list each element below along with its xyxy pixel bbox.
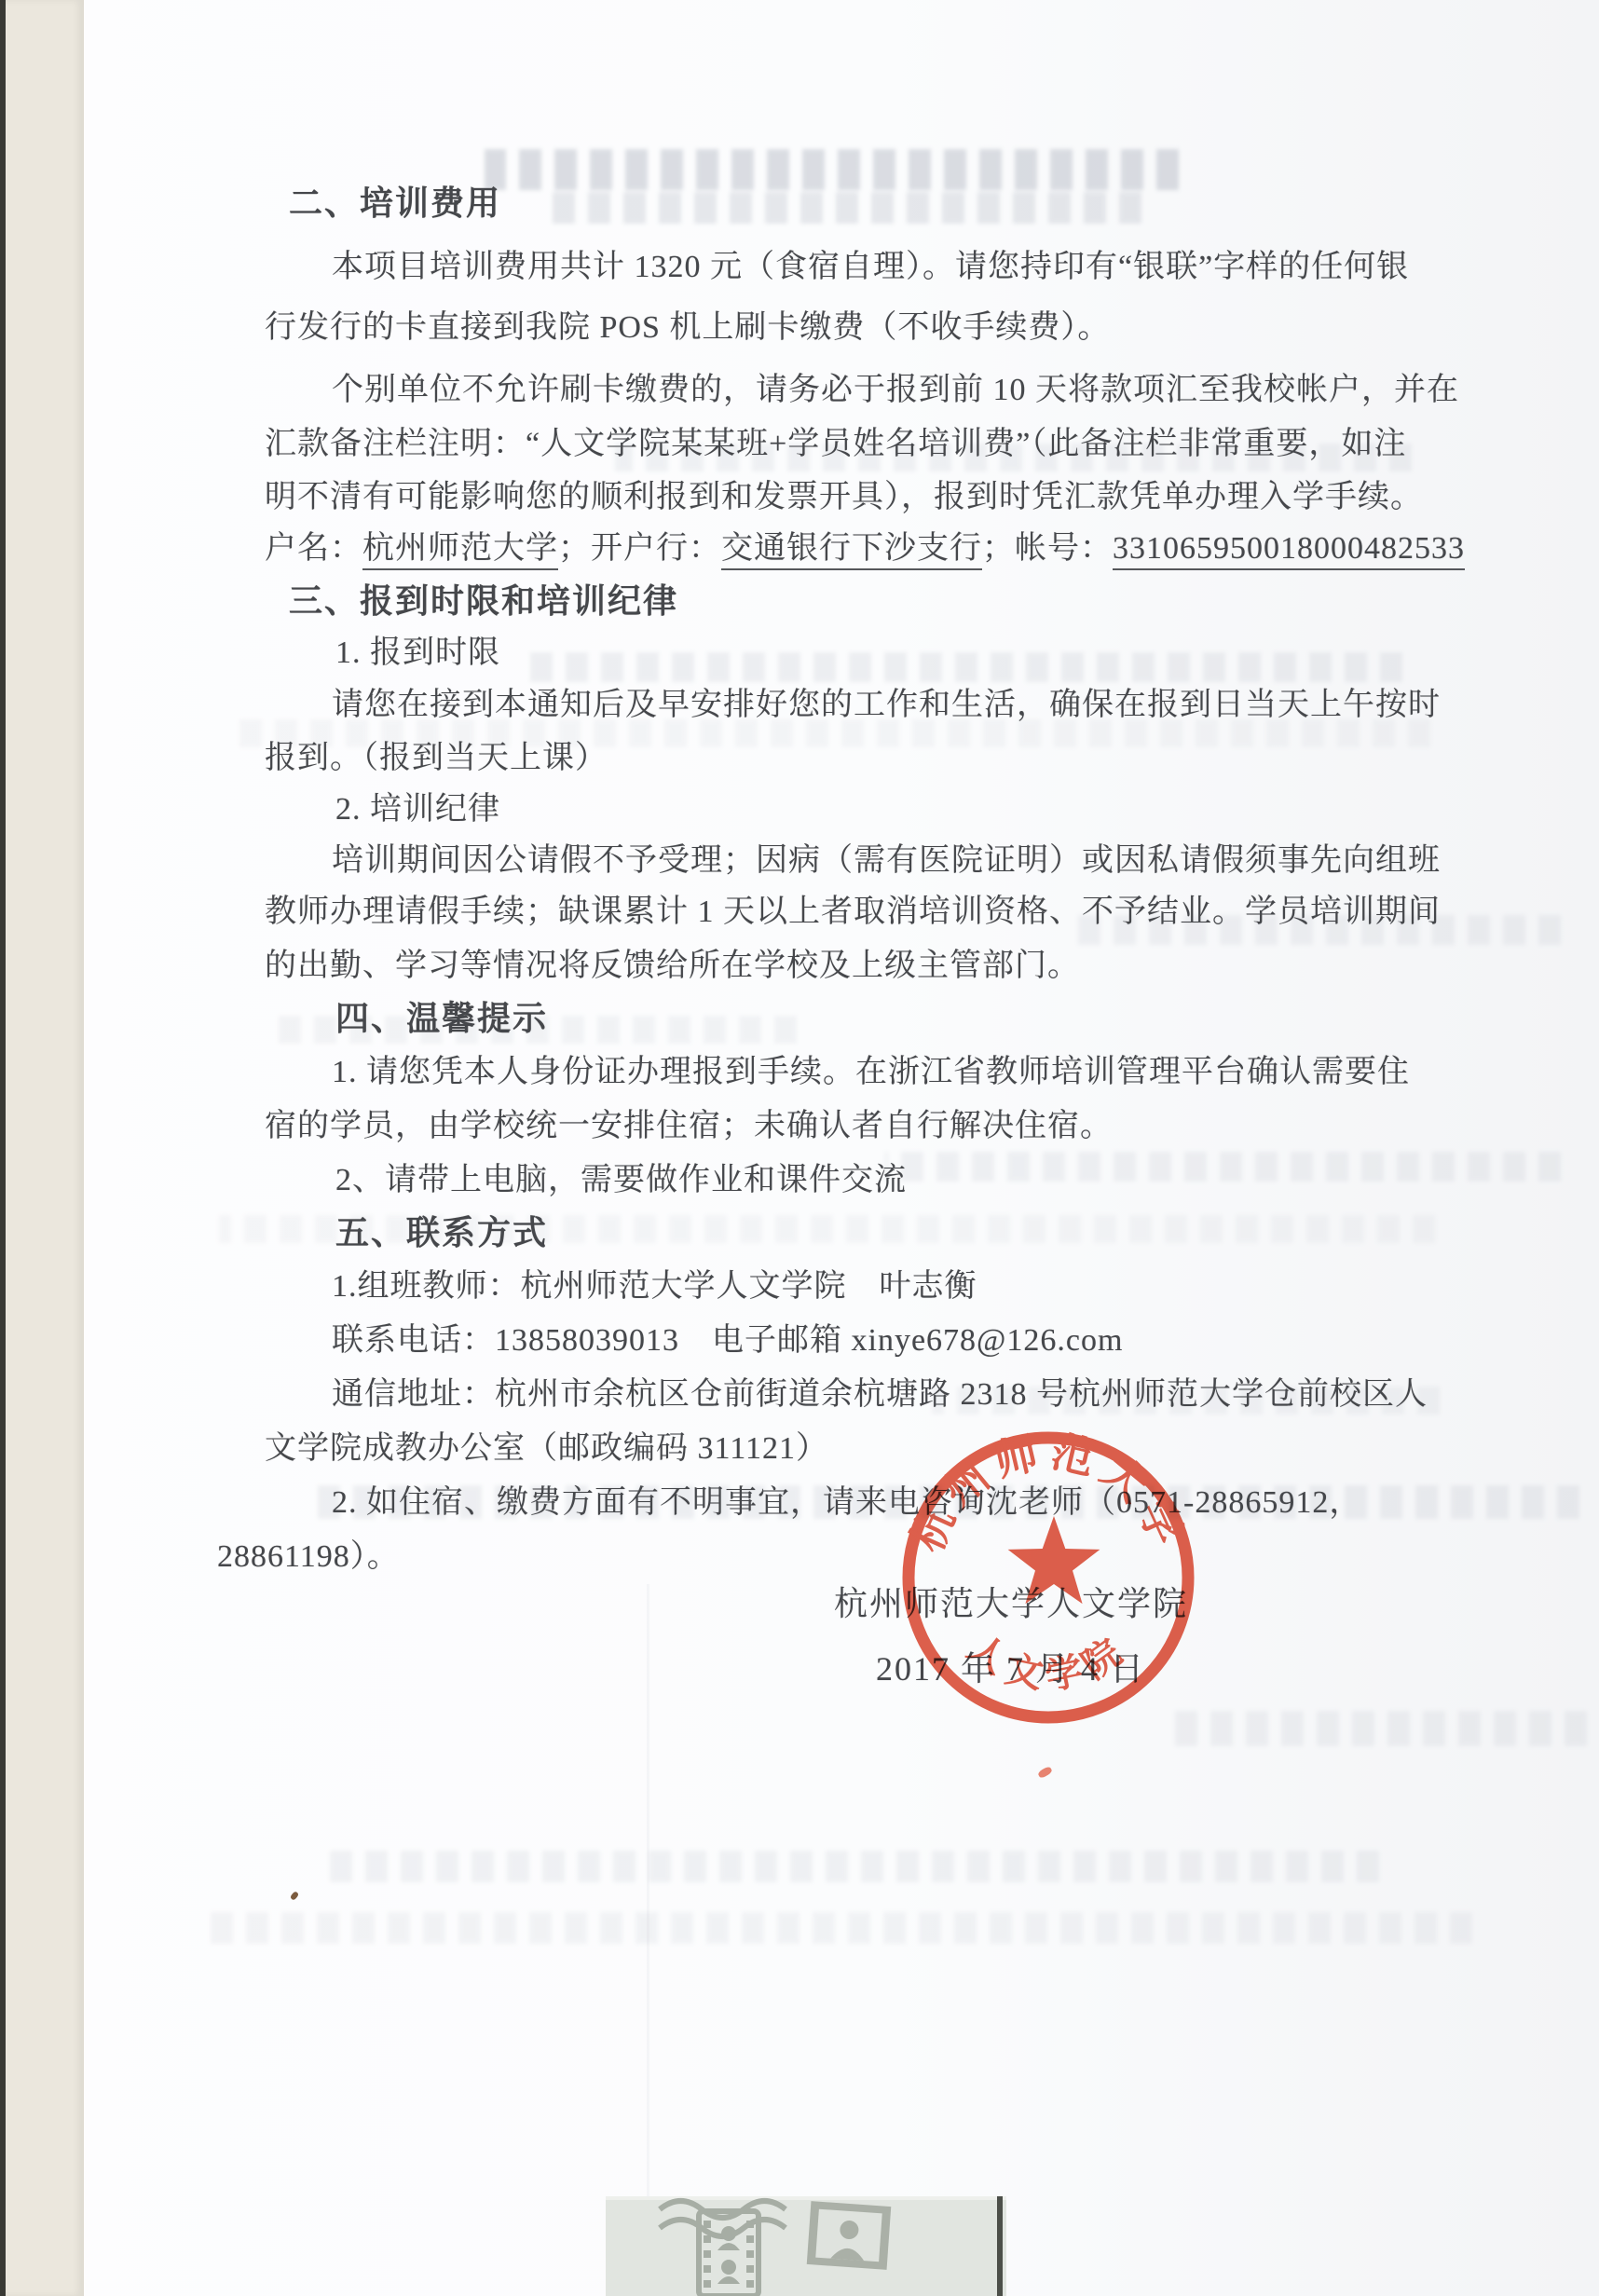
scan-edge-strip — [6, 0, 84, 2296]
seal-star-icon — [1008, 1516, 1100, 1604]
section-heading-2: 二、培训费用 — [289, 177, 501, 225]
bleedthrough-smudge — [317, 1851, 1379, 1882]
bleedthrough-smudge — [885, 1152, 1561, 1182]
bleedthrough-smudge — [545, 192, 1141, 224]
bleedthrough-smudge — [1172, 1711, 1587, 1746]
scan-dark-line — [997, 2196, 1003, 2296]
university-seal-stamp: 杭州师范大学 人文学院 — [893, 1422, 1204, 1733]
doc-line: 1.组班教师：杭州师范大学人文学院 叶志衡 — [332, 1260, 977, 1305]
seal-arc-bottom-text: 人文学院 — [961, 1626, 1136, 1698]
doc-line: 1. 报到时限 — [335, 626, 500, 672]
doc-line: 个别单位不允许刷卡缴费的，请务必于报到前 10 天将款项汇至我校帐户，并在 — [332, 363, 1459, 409]
ink-speck — [290, 1891, 299, 1901]
scanner-footer-graphic — [606, 2196, 1006, 2296]
doc-line: 教师办理请假手续；缺课累计 1 天以上者取消培训资格、不予结业。学员培训期间 — [265, 885, 1441, 931]
doc-line: 本项目培训费用共计 1320 元（食宿自理）。请您持印有“银联”字样的任何银 — [332, 240, 1409, 286]
doc-line: 文学院成教办公室（邮政编码 311121） — [265, 1422, 828, 1468]
doc-text: ；开户行： — [558, 531, 721, 566]
doc-line: 报到。（报到当天上课） — [265, 731, 608, 777]
underlined-value: 杭州师范大学 — [362, 531, 558, 570]
doc-line: 请您在接到本通知后及早安排好您的工作和生活，确保在报到日当天上午按时 — [332, 678, 1441, 724]
underlined-value: 331065950018000482533 — [1113, 531, 1465, 570]
doc-line: 汇款备注栏注明：“人文学院某某班+学员姓名培训费”（此备注栏非常重要，如注 — [265, 417, 1406, 463]
underlined-value: 交通银行下沙支行 — [721, 531, 982, 570]
scanned-document-page: 二、培训费用本项目培训费用共计 1320 元（食宿自理）。请您持印有“银联”字样… — [0, 0, 1599, 2296]
bleedthrough-smudge — [485, 149, 1179, 190]
doc-text: 户名： — [265, 531, 362, 566]
portrait-photo-icon — [807, 2201, 892, 2270]
section-heading-5: 五、联系方式 — [335, 1207, 548, 1254]
doc-line: 2. 如住宿、缴费方面有不明事宜，请来电咨询沈老师（0571-28865912， — [332, 1476, 1361, 1522]
section-heading-4: 四、温馨提示 — [335, 992, 548, 1040]
stamp-smudge — [1037, 1766, 1053, 1779]
doc-line: 明不清有可能影响您的顺利报到和发票开具），报到时凭汇款凭单办理入学手续。 — [265, 471, 1423, 516]
bank-account-line: 户名：杭州师范大学；开户行：交通银行下沙支行；帐号：33106595001800… — [265, 522, 1465, 567]
doc-line: 培训期间因公请假不予受理；因病（需有医院证明）或因私请假须事先向组班 — [332, 834, 1441, 880]
doc-line: 2、请带上电脑，需要做作业和课件交流 — [335, 1154, 907, 1199]
doc-text: ；帐号： — [982, 531, 1113, 566]
doc-line: 联系电话：13858039013 电子邮箱 xinye678@126.com — [332, 1314, 1123, 1360]
doc-line: 2. 培训纪律 — [335, 783, 500, 828]
section-heading-3: 三、报到时限和培训纪律 — [289, 575, 678, 622]
doc-line: 1. 请您凭本人身份证办理报到手续。在浙江省教师培训管理平台确认需要住 — [332, 1045, 1410, 1091]
doc-line: 通信地址：杭州市余杭区仓前街道余杭塘路 2318 号杭州师范大学仓前校区人 — [332, 1368, 1428, 1414]
scan-streak — [647, 1584, 649, 2236]
bleedthrough-smudge — [200, 1912, 1472, 1944]
doc-line: 28861198）。 — [217, 1530, 400, 1576]
doc-line: 的出勤、学习等情况将反馈给所在学校及上级主管部门。 — [265, 939, 1080, 985]
doc-line: 行发行的卡直接到我院 POS 机上刷卡缴费（不收手续费）。 — [265, 301, 1110, 347]
doc-line: 宿的学员，由学校统一安排住宿；未确认者自行解决住宿。 — [265, 1100, 1113, 1145]
